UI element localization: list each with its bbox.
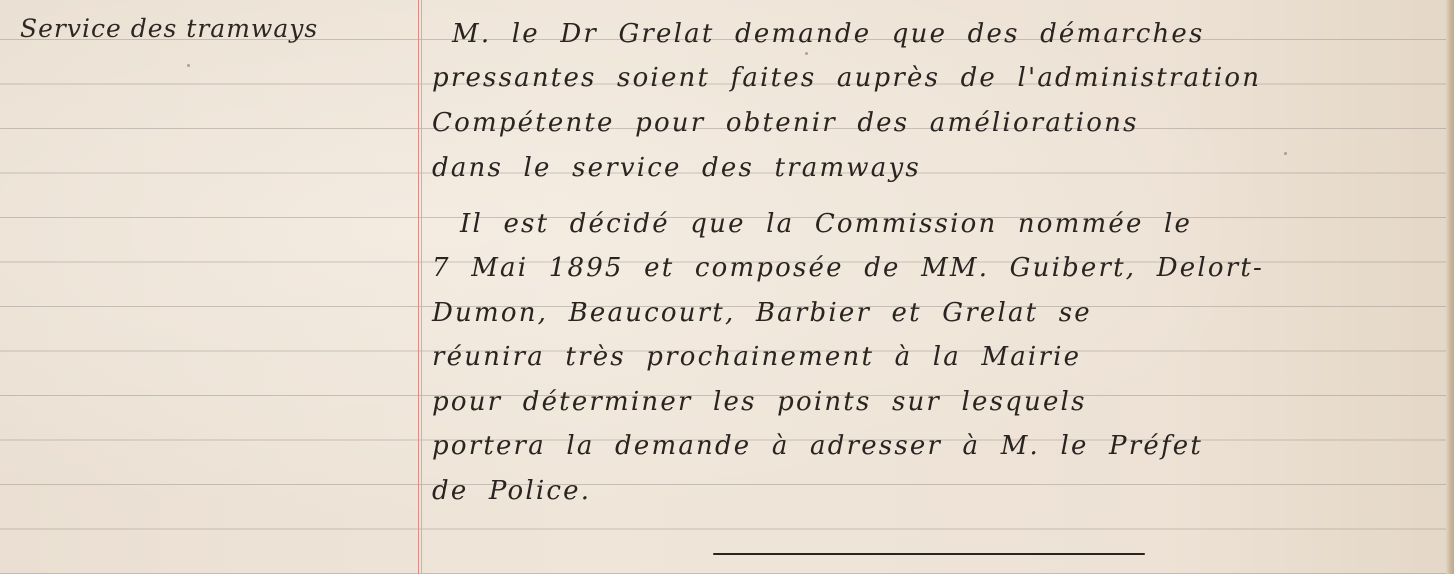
paper-speck (187, 64, 190, 67)
body-line: dans le service des tramways (432, 146, 921, 190)
body-line: Il est décidé que la Commission nommée l… (460, 202, 1192, 246)
body-line: M. le Dr Grelat demande que des démarche… (452, 12, 1205, 56)
margin-heading: Service des tramways (20, 14, 318, 43)
body-line: pour déterminer les points sur lesquels (432, 380, 1087, 424)
body-line: portera la demande à adresser à M. le Pr… (432, 424, 1203, 468)
body-line: réunira très prochainement à la Mairie (432, 335, 1081, 379)
body-line: Compétente pour obtenir des amélioration… (432, 101, 1139, 145)
body-line: 7 Mai 1895 et composée de MM. Guibert, D… (432, 246, 1264, 290)
margin-line-secondary (421, 0, 422, 574)
body-line: Dumon, Beaucourt, Barbier et Grelat se (432, 291, 1092, 335)
paper-speck (1284, 152, 1287, 155)
margin-line (418, 0, 419, 574)
closing-rule (713, 553, 1145, 555)
page-binding-edge (1446, 0, 1454, 574)
body-line: de Police. (432, 469, 591, 513)
body-line: pressantes soient faites auprès de l'adm… (432, 56, 1261, 100)
register-page: Service des tramways M. le Dr Grelat dem… (0, 0, 1454, 574)
